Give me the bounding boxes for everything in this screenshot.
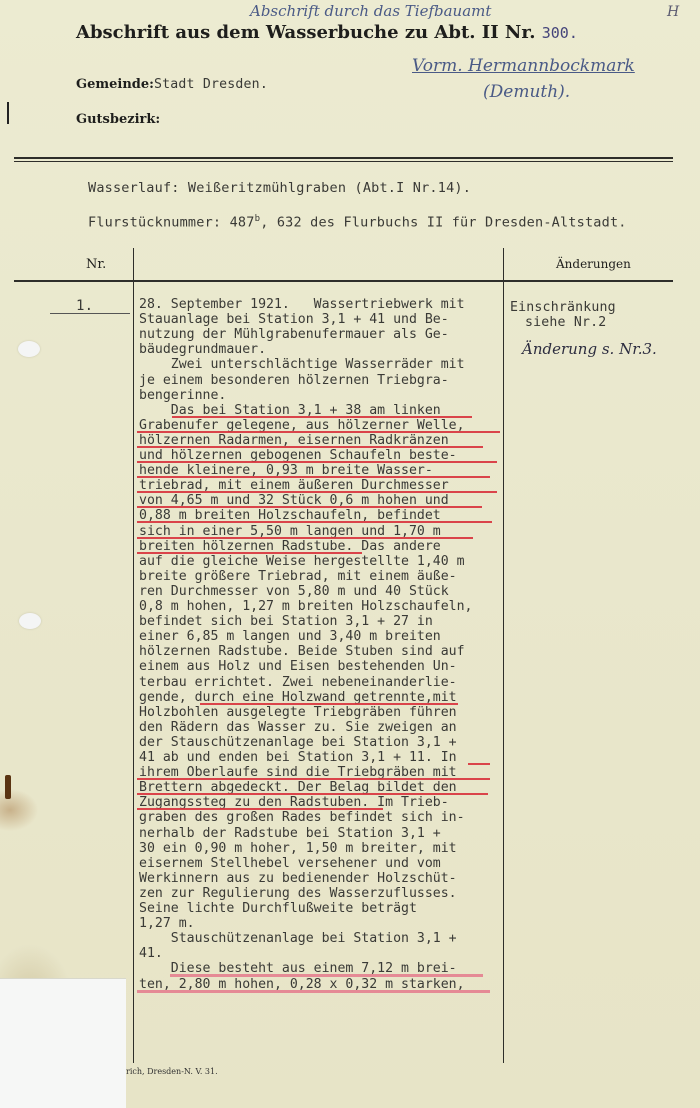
- handwritten-owner-2: (Demuth).: [483, 82, 570, 102]
- gutsbezirk-label: Gutsbezirk:: [76, 112, 160, 127]
- entry-line: 41 ab und enden bei Station 3,1 + 11. In: [139, 750, 457, 765]
- aenderung-handwritten: Änderung s. Nr.3.: [522, 340, 657, 358]
- entry-line: Zwei unterschlächtige Wasserräder mit: [139, 357, 465, 372]
- pencil-underline: [137, 431, 500, 433]
- entry-line: nerhalb der Radstube bei Station 3,1 +: [139, 826, 441, 841]
- entry-line: graben des großen Rades befindet sich in…: [139, 810, 465, 825]
- entry-line: einem aus Holz und Eisen bestehenden Un-: [139, 659, 457, 674]
- entry-line: zen zur Regulierung des Wasserzuflusses.: [139, 886, 457, 901]
- aenderung-typed-1: Einschränkung: [510, 300, 616, 315]
- entry-line: terbau errichtet. Zwei nebeneinanderlie-: [139, 675, 457, 690]
- punch-hole: [19, 613, 41, 629]
- entry-line: bäudegrundmauer.: [139, 342, 266, 357]
- title-text: Abschrift aus dem Wasserbuche zu Abt. II…: [76, 22, 535, 43]
- table-col-divider-1: [133, 248, 134, 1063]
- handwritten-copy-note: Abschrift durch das Tiefbauamt: [250, 2, 491, 20]
- pencil-underline: [137, 778, 490, 780]
- page-title: Abschrift aus dem Wasserbuche zu Abt. II…: [76, 22, 578, 43]
- margin-mark: [7, 102, 9, 124]
- rust-stain: [5, 775, 11, 799]
- column-header-aenderungen: Änderungen: [556, 257, 631, 271]
- entry-line: Stauschützenanlage bei Station 3,1 +: [139, 931, 457, 946]
- pencil-underline: [468, 763, 490, 765]
- header-rule-top: [14, 157, 673, 159]
- entry-line: 1,27 m.: [139, 916, 195, 931]
- pencil-underline: [137, 491, 497, 493]
- entry-line: der Stauschützenanlage bei Station 3,1 +: [139, 735, 457, 750]
- corner-mark: H: [667, 4, 679, 20]
- flurstueck-line: Flurstücknummer: 487b, 632 des Flurbuchs…: [88, 212, 627, 231]
- table-header-rule: [14, 280, 673, 282]
- pencil-underline: [137, 446, 483, 448]
- entry-line: 41.: [139, 946, 163, 961]
- pencil-underline: [137, 552, 362, 554]
- entry-line: je einem besonderen hölzernen Triebgra-: [139, 373, 449, 388]
- column-header-nr: Nr.: [86, 257, 106, 272]
- pencil-underline: [137, 537, 473, 539]
- torn-corner-patch: [0, 978, 126, 1108]
- flurstueck-suffix: , 632 des Flurbuchs II für Dresden-Altst…: [260, 215, 626, 231]
- entry-line: nutzung der Mühlgrabenufermauer als Ge-: [139, 327, 449, 342]
- entry-line: auf die gleiche Weise hergestellte 1,40 …: [139, 554, 465, 569]
- pencil-underline: [137, 793, 488, 795]
- entry-line: ren Durchmesser von 5,80 m und 40 Stück: [139, 584, 449, 599]
- wasserlauf-line: Wasserlauf: Weißeritzmühlgraben (Abt.I N…: [88, 181, 471, 196]
- entry-line: hölzernen Radstube. Beide Stuben sind au…: [139, 644, 465, 659]
- entry-number-underline: [50, 313, 130, 314]
- punch-hole: [18, 341, 40, 357]
- pencil-underline: [137, 990, 490, 993]
- pencil-underline: [137, 808, 383, 810]
- entry-line: 28. September 1921. Wassertriebwerk mit: [139, 297, 465, 312]
- entry-line: bengerinne.: [139, 388, 226, 403]
- aenderung-typed-2: siehe Nr.2: [525, 315, 606, 330]
- entry-line: den Rädern das Wasser zu. Sie zweigen an: [139, 720, 457, 735]
- entry-number: 1.: [76, 299, 93, 314]
- entry-line: Holzbohlen ausgelegte Triebgräben führen: [139, 705, 457, 720]
- gemeinde-value: Stadt Dresden.: [154, 77, 268, 92]
- entry-line: 0,8 m hohen, 1,27 m breiten Holzschaufel…: [139, 599, 472, 614]
- pencil-underline: [137, 461, 497, 463]
- pencil-underline: [170, 974, 483, 977]
- title-number: 300.: [542, 24, 578, 42]
- entry-line: Werkinnern aus zu bedienender Holzschüt-: [139, 871, 457, 886]
- pencil-underline: [137, 521, 492, 523]
- pencil-underline: [172, 416, 472, 418]
- entry-line: Seine lichte Durchflußweite beträgt: [139, 901, 417, 916]
- pencil-underline: [137, 476, 490, 478]
- entry-line: breite größere Triebrad, mit einem äuße-: [139, 569, 457, 584]
- gemeinde-label: Gemeinde:: [76, 77, 154, 92]
- flurstueck-prefix: Flurstücknummer: 487: [88, 215, 255, 231]
- entry-line: Stauanlage bei Station 3,1 + 41 und Be-: [139, 312, 449, 327]
- entry-line: befindet sich bei Station 3,1 + 27 in: [139, 614, 433, 629]
- header-rule-bottom: [14, 161, 673, 162]
- printer-footer: rich, Dresden-N. V. 31.: [126, 1067, 218, 1076]
- pencil-underline: [200, 703, 458, 705]
- entry-line: einer 6,85 m langen und 3,40 m breiten: [139, 629, 441, 644]
- entry-line: eisernem Stellhebel versehener und vom: [139, 856, 441, 871]
- pencil-underline: [137, 506, 482, 508]
- table-col-divider-2: [503, 248, 504, 1063]
- handwritten-owner-1: Vorm. Hermannbockmark: [412, 56, 635, 76]
- entry-line: 30 ein 0,90 m hoher, 1,50 m breiter, mit: [139, 841, 457, 856]
